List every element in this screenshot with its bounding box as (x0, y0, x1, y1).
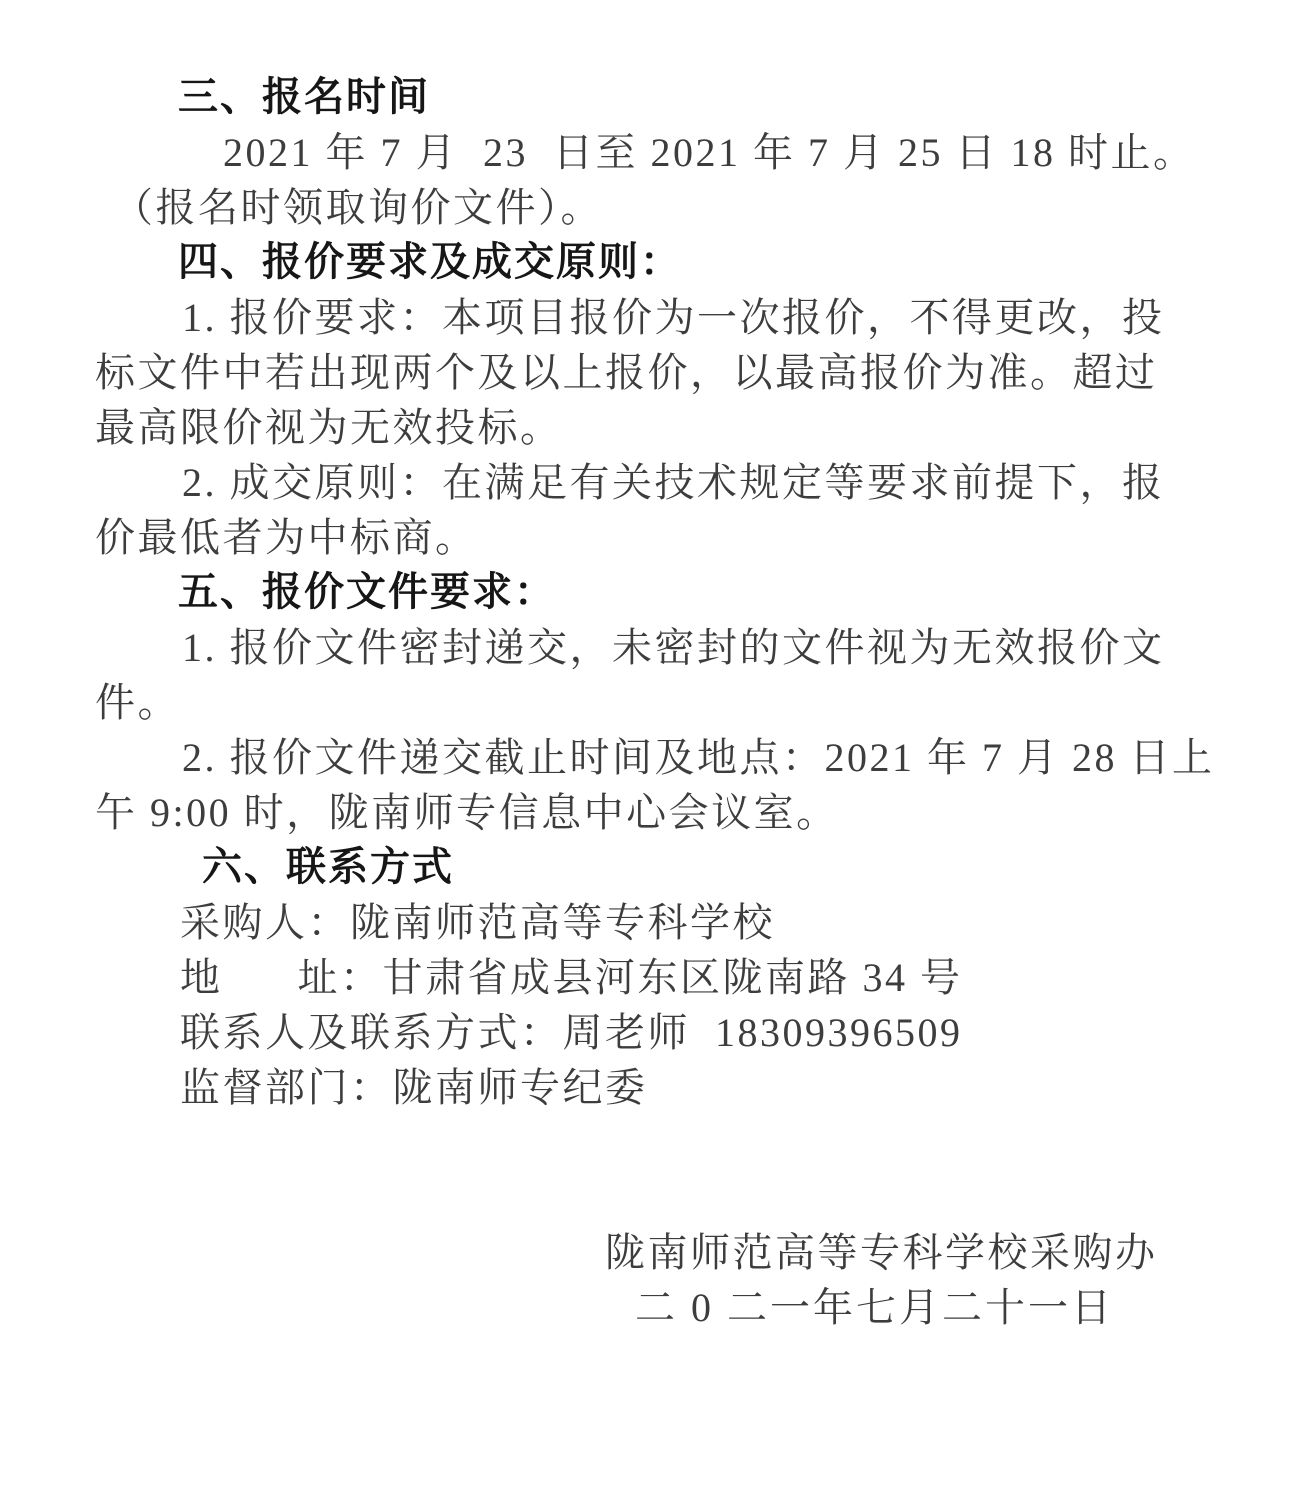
section-heading: 五、报价文件要求： (178, 565, 1170, 620)
blank-line (95, 1170, 1170, 1225)
doc-line: 价最低者为中标商。 (95, 510, 1170, 565)
doc-line: 1. 报价文件密封递交，未密封的文件视为无效报价文 (182, 620, 1170, 675)
doc-line: 地 址：甘肃省成县河东区陇南路 34 号 (180, 950, 1170, 1005)
doc-line: （报名时领取询价文件）。 (113, 180, 1170, 235)
section-heading: 四、报价要求及成交原则： (178, 235, 1170, 290)
signature-date: 二 0 二一年七月二十一日 (635, 1280, 1170, 1335)
doc-line: 监督部门：陇南师专纪委 (180, 1060, 1170, 1115)
signature-line: 陇南师范高等专科学校采购办 (605, 1225, 1170, 1280)
doc-line: 1. 报价要求：本项目报价为一次报价，不得更改，投 (182, 290, 1170, 345)
doc-line: 件。 (95, 675, 1170, 730)
notice-body: 三、报名时间2021 年 7 月 23 日至 2021 年 7 月 25 日 1… (95, 70, 1170, 1335)
doc-line: 联系人及联系方式：周老师 18309396509 (180, 1005, 1170, 1060)
doc-line: 2021 年 7 月 23 日至 2021 年 7 月 25 日 18 时止。 (223, 125, 1170, 180)
section-heading: 三、报名时间 (178, 70, 1170, 125)
doc-line: 标文件中若出现两个及以上报价，以最高报价为准。超过 (95, 345, 1170, 400)
doc-line: 2. 报价文件递交截止时间及地点：2021 年 7 月 28 日上 (182, 730, 1170, 785)
blank-line (95, 1115, 1170, 1170)
doc-line: 采购人：陇南师范高等专科学校 (180, 895, 1170, 950)
document-page: 三、报名时间2021 年 7 月 23 日至 2021 年 7 月 25 日 1… (0, 0, 1294, 1494)
doc-line: 最高限价视为无效投标。 (95, 400, 1170, 455)
doc-line: 午 9:00 时，陇南师专信息中心会议室。 (95, 785, 1170, 840)
doc-line: 2. 成交原则：在满足有关技术规定等要求前提下，报 (182, 455, 1170, 510)
section-heading: 六、联系方式 (202, 840, 1170, 895)
